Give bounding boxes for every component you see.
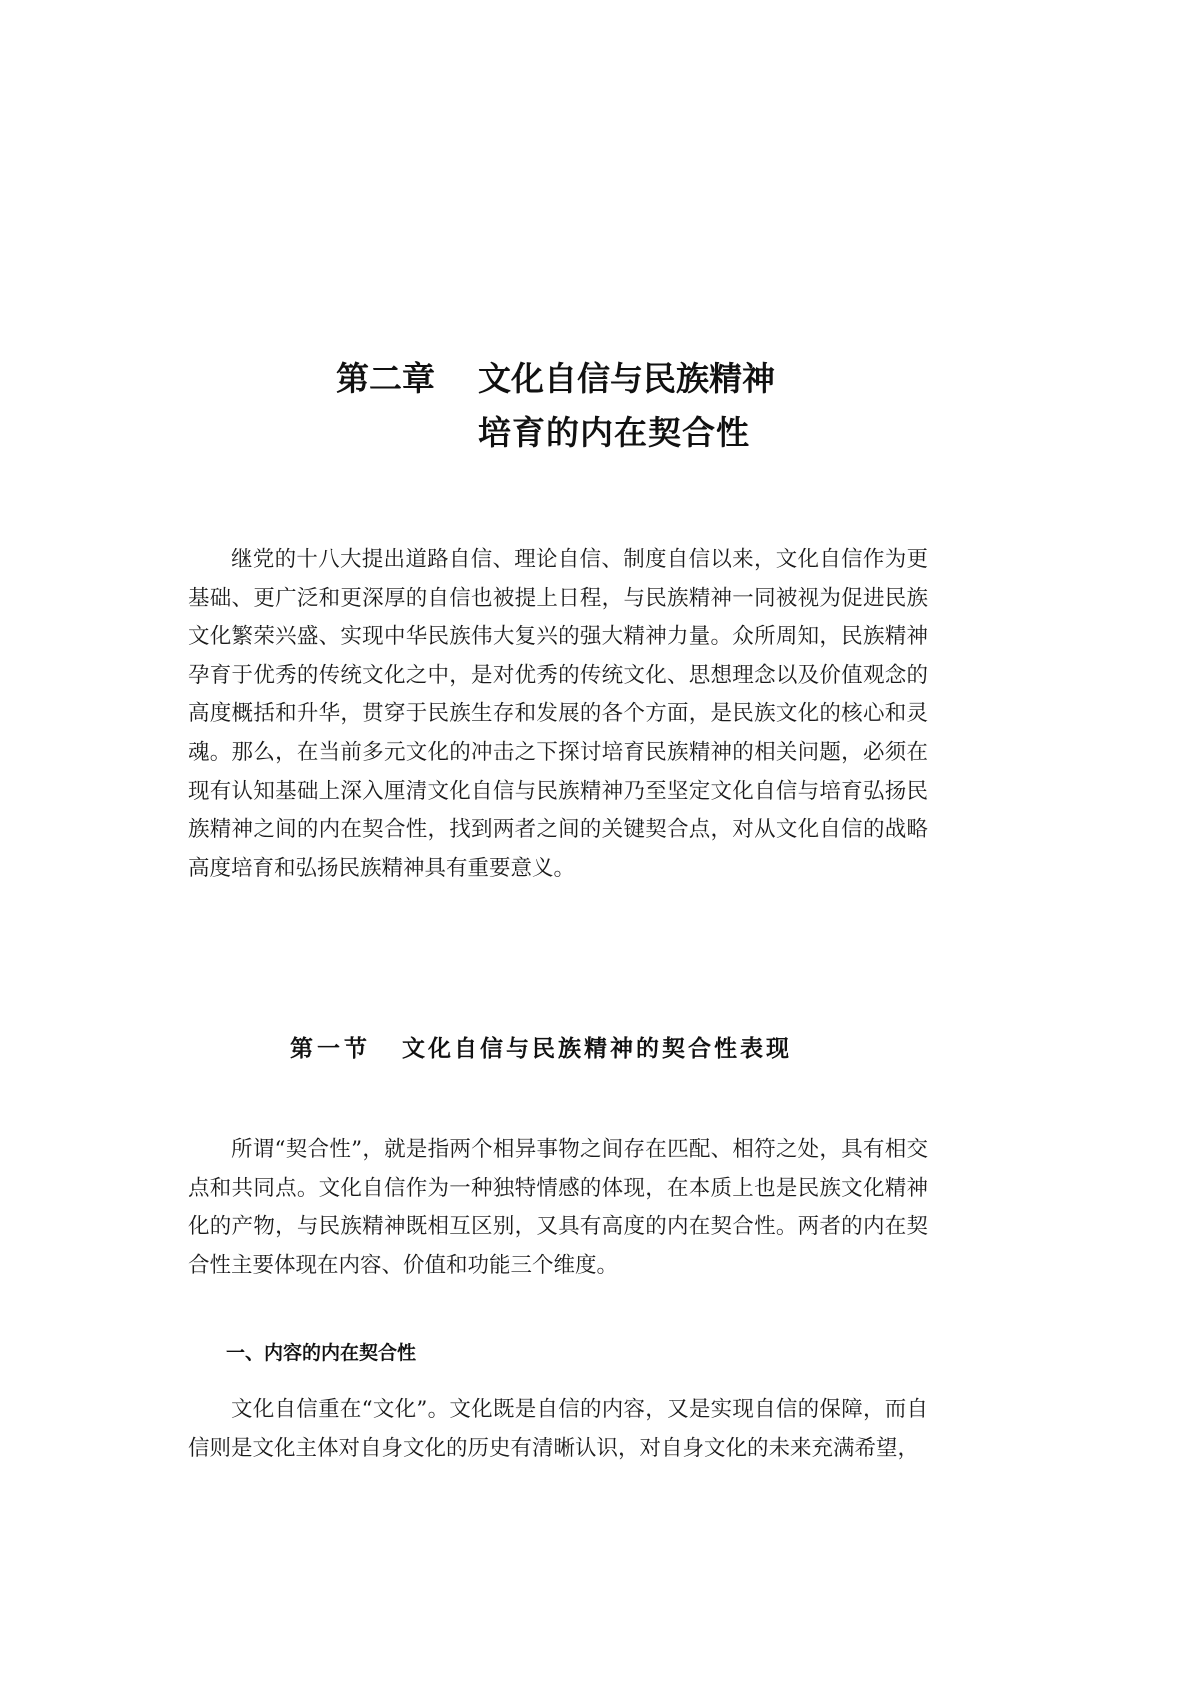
section-number: 第一节 — [290, 1030, 402, 1063]
chapter-title-line1: 第二章文化自信与民族精神 — [336, 352, 896, 406]
section-title-text: 文化自信与民族精神的契合性表现 — [402, 1036, 792, 1062]
intro-paragraph-block: 继党的十八大提出道路自信、理论自信、制度自信以来，文化自信作为更基础、更广泛和更… — [188, 541, 928, 888]
subsection-title: 一、内容的内在契合性 — [226, 1338, 416, 1365]
chapter-title-line2: 培育的内在契合性 — [336, 406, 896, 460]
chapter-number: 第二章 — [336, 352, 478, 406]
chapter-title: 第二章文化自信与民族精神 培育的内在契合性 — [336, 352, 896, 460]
section-paragraph: 所谓“契合性”，就是指两个相异事物之间存在匹配、相符之处，具有相交点和共同点。文… — [188, 1131, 928, 1285]
section-paragraph-block: 所谓“契合性”，就是指两个相异事物之间存在匹配、相符之处，具有相交点和共同点。文… — [188, 1131, 928, 1285]
chapter-title-text-1: 文化自信与民族精神 — [478, 359, 775, 398]
document-page: 第二章文化自信与民族精神 培育的内在契合性 继党的十八大提出道路自信、理论自信、… — [0, 0, 1190, 1684]
intro-paragraph: 继党的十八大提出道路自信、理论自信、制度自信以来，文化自信作为更基础、更广泛和更… — [188, 541, 928, 888]
subsection-paragraph: 文化自信重在“文化”。文化既是自信的内容，又是实现自信的保障，而自信则是文化主体… — [188, 1391, 928, 1468]
subsection-paragraph-block: 文化自信重在“文化”。文化既是自信的内容，又是实现自信的保障，而自信则是文化主体… — [188, 1391, 928, 1468]
section-title: 第一节文化自信与民族精神的契合性表现 — [290, 1030, 890, 1063]
